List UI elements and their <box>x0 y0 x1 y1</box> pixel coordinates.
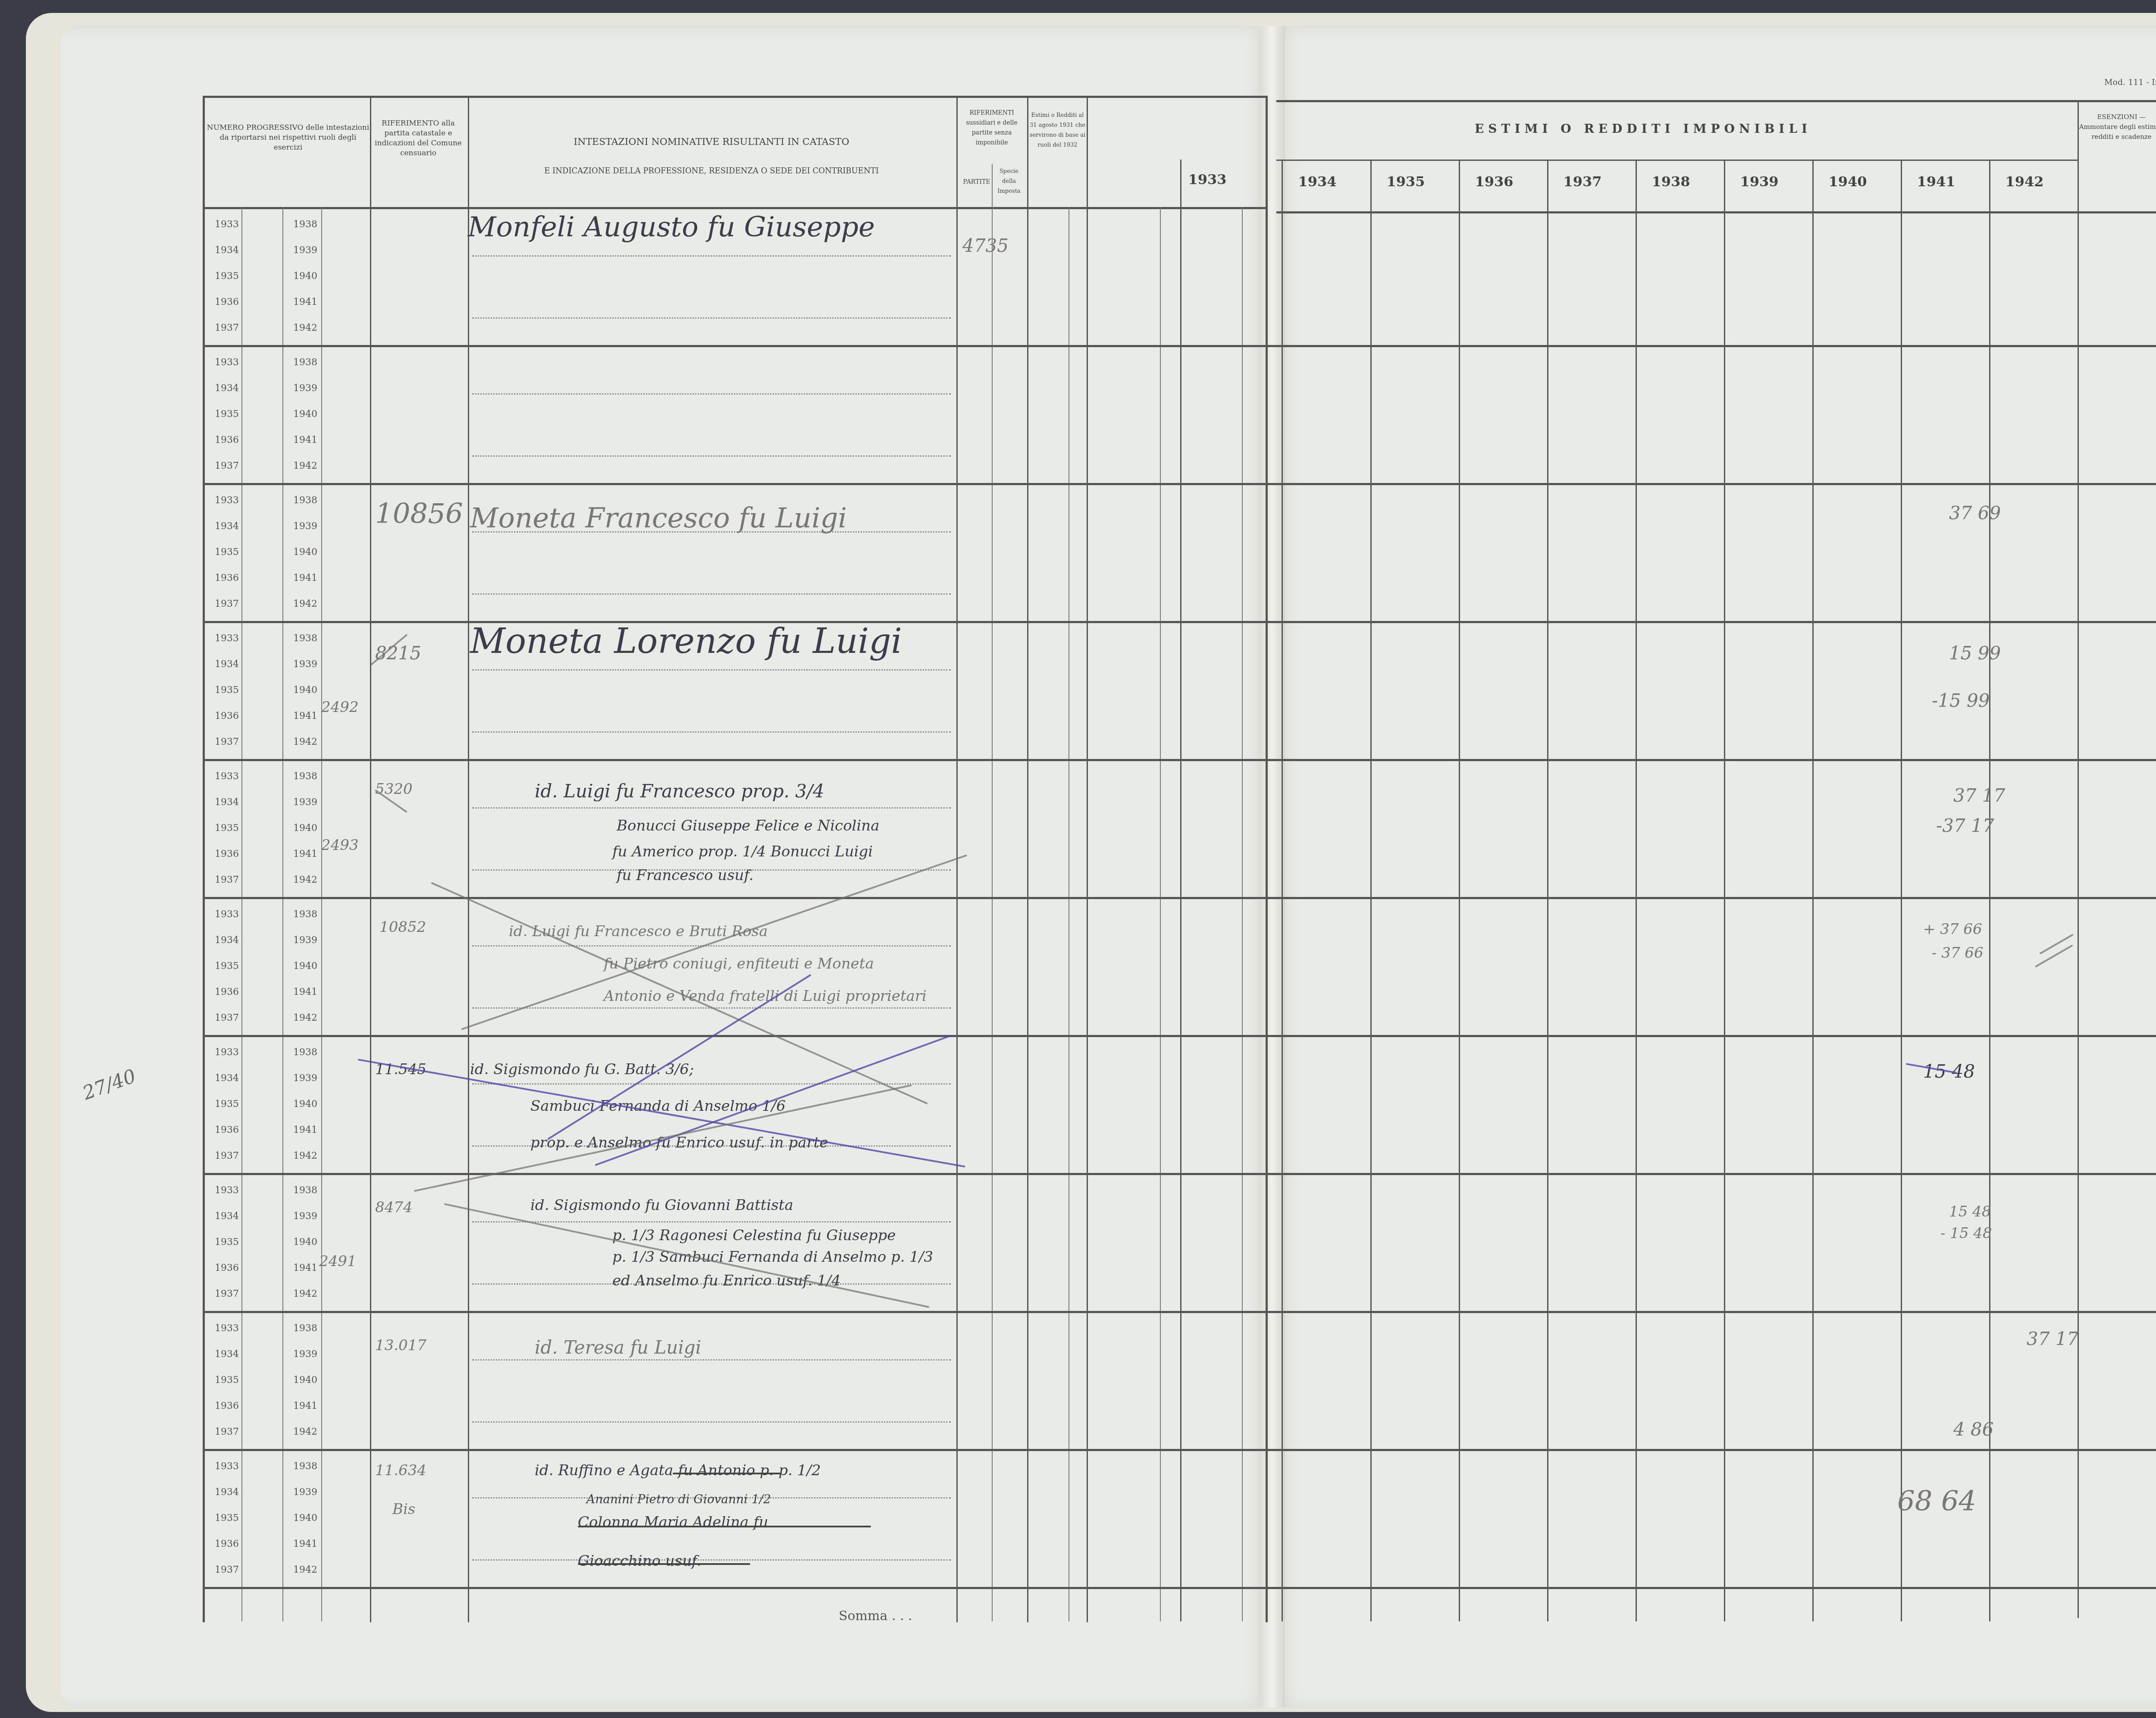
year-label-left: 1936 <box>215 297 239 307</box>
year-label-right: 1942 <box>293 1151 317 1161</box>
somma-label: Somma . . . <box>839 1608 912 1624</box>
col-divider <box>321 207 322 1621</box>
entry-name-line2: fu Pietro coniugi, enfiteuti e Moneta <box>604 955 874 972</box>
entry-name-line3: Colonna Maria Adelina fu <box>578 1514 768 1531</box>
entry-name: Monfeli Augusto fu Giuseppe <box>468 211 875 243</box>
year-label-left: 1936 <box>215 1539 239 1549</box>
year-label-left: 1933 <box>215 1461 239 1472</box>
row-rule <box>203 483 2156 485</box>
dotted-guide <box>472 1083 951 1085</box>
year-label-right: 1938 <box>293 1461 317 1472</box>
col-divider <box>468 96 469 1622</box>
year-label-right: 1941 <box>293 573 317 583</box>
year-label-left: 1933 <box>215 1323 239 1334</box>
year-label-right: 1938 <box>293 1047 317 1058</box>
row-rule <box>203 1311 2156 1313</box>
year-label-right: 1940 <box>293 685 317 696</box>
entry-name-line2: Ananini Pietro di Giovanni 1/2 <box>586 1492 771 1506</box>
col-divider <box>1282 160 1283 1621</box>
year-label-left: 1933 <box>215 219 239 230</box>
year-label-left: 1937 <box>215 1564 239 1575</box>
year-label-right: 1942 <box>293 461 317 471</box>
entry-partita: 8215 <box>375 643 421 664</box>
header-numero-progressivo: NUMERO PROGRESSIVO delle intestazioni da… <box>206 123 370 196</box>
year-label-right: 1940 <box>293 1237 317 1248</box>
entry-name-line4: fu Francesco usuf. <box>617 867 754 884</box>
year-label-left: 1935 <box>215 685 239 696</box>
col-divider <box>1547 160 1548 1621</box>
year-label-left: 1935 <box>215 1375 239 1386</box>
year-label-right: 1940 <box>293 547 317 558</box>
entry-name-line2: p. 1/3 Ragonesi Celestina fu Giuseppe <box>612 1227 896 1244</box>
year-label-right: 1938 <box>293 909 317 920</box>
year-label-right: 1942 <box>293 323 317 333</box>
year-label-right: 1939 <box>293 1487 317 1498</box>
entry-value: -15 99 <box>1932 690 1990 711</box>
header-col3-line1: INTESTAZIONI NOMINATIVE RISULTANTI IN CA… <box>474 136 949 149</box>
dotted-guide <box>472 393 951 395</box>
year-label-right: 1939 <box>293 521 317 532</box>
year-label-right: 1942 <box>293 737 317 747</box>
entry-name: Moneta Lorenzo fu Luigi <box>470 621 902 661</box>
year-label-right: 1939 <box>293 245 317 256</box>
strike-mark <box>673 1473 780 1474</box>
header-rule-left <box>203 207 1268 209</box>
row-rule <box>203 759 2156 761</box>
year-label-right: 1940 <box>293 1375 317 1386</box>
year-label-left: 1935 <box>215 271 239 282</box>
col-divider <box>1027 96 1028 1622</box>
header-year-1938: 1938 <box>1636 172 1705 191</box>
entry-name-line2: Bonucci Giuseppe Felice e Nicolina <box>617 817 880 834</box>
entry-name: id. Sigismondo fu Giovanni Battista <box>530 1197 793 1214</box>
col-divider <box>370 96 371 1622</box>
col-divider <box>1636 160 1637 1621</box>
row-rule <box>203 897 2156 899</box>
col-divider <box>1160 207 1161 1621</box>
header-col2-text: RIFERIMENTO alla partita catastale e ind… <box>375 119 462 157</box>
year-label-left: 1935 <box>215 823 239 834</box>
year-label-left: 1935 <box>215 1099 239 1110</box>
form-label: Mod. 111 - Imposte Dirette (Intercalare)… <box>2104 78 2156 87</box>
entry-partita-note: Bis <box>392 1501 415 1518</box>
year-label-right: 1940 <box>293 409 317 420</box>
row-rule <box>203 1587 2156 1589</box>
year-label-right: 1938 <box>293 633 317 644</box>
year-label-right: 1942 <box>293 1288 317 1299</box>
year-label-right: 1941 <box>293 435 317 445</box>
year-label-left: 1934 <box>215 1073 239 1084</box>
entry-side-number: 2493 <box>321 837 359 854</box>
year-label-left: 1937 <box>215 461 239 471</box>
year-label-right: 1938 <box>293 357 317 368</box>
entry-value: 4 86 <box>1953 1419 1994 1440</box>
col-divider <box>992 164 993 1621</box>
entry-value: + 37 66 <box>1923 921 1982 938</box>
header-esenzioni: ESENZIONI — Ammontare degli estimi o red… <box>2078 112 2156 142</box>
col-divider <box>1242 207 1243 1621</box>
col-divider <box>1087 96 1088 1622</box>
entry-partita: 13.017 <box>375 1337 426 1354</box>
header-col7-text: 1933 <box>1188 171 1226 188</box>
header-intestazioni: INTESTAZIONI NOMINATIVE RISULTANTI IN CA… <box>474 136 949 176</box>
header-rule-right <box>1276 211 2156 213</box>
year-label-left: 1933 <box>215 909 239 920</box>
header-year-1941: 1941 <box>1902 172 1971 191</box>
col-divider <box>282 207 283 1621</box>
year-label-right: 1939 <box>293 659 317 670</box>
header-year-1933: 1933 <box>1164 170 1250 189</box>
year-label-right: 1942 <box>293 599 317 609</box>
entry-side-number: 2491 <box>319 1253 357 1270</box>
dotted-guide <box>472 255 951 257</box>
col-divider <box>2078 100 2079 1618</box>
entry-value: 37 69 <box>1949 502 2001 524</box>
year-label-left: 1934 <box>215 1349 239 1360</box>
header-col4-text: PARTITE <box>963 179 990 185</box>
dotted-guide <box>472 669 951 671</box>
year-label-left: 1937 <box>215 1288 239 1299</box>
entry-value: -37 17 <box>1936 815 1994 836</box>
col-divider <box>241 207 242 1621</box>
entry-partite: 4735 <box>962 235 1009 256</box>
header-col5-text: Specie della Imposta <box>997 168 1020 194</box>
entry-side-number: 2492 <box>321 699 359 716</box>
year-label-left: 1934 <box>215 245 239 256</box>
header-year-1936: 1936 <box>1460 172 1529 191</box>
year-label-right: 1939 <box>293 383 317 394</box>
header-year-1934: 1934 <box>1283 172 1352 191</box>
year-label-right: 1942 <box>293 1564 317 1575</box>
form-label-text: Mod. 111 - Imposte Dirette <box>2104 78 2156 87</box>
year-label-right: 1942 <box>293 1013 317 1023</box>
dotted-guide <box>472 1559 951 1561</box>
year-label-right: 1942 <box>293 1426 317 1437</box>
row-rule <box>203 1035 2156 1037</box>
col-divider <box>1370 160 1372 1621</box>
year-label-left: 1936 <box>215 987 239 997</box>
year-label-right: 1938 <box>293 219 317 230</box>
header-col3-line2: E INDICAZIONE DELLA PROFESSIONE, RESIDEN… <box>474 166 949 176</box>
year-label-left: 1933 <box>215 495 239 506</box>
year-label-left: 1936 <box>215 573 239 583</box>
year-label-right: 1941 <box>293 297 317 307</box>
year-label-left: 1937 <box>215 1013 239 1023</box>
year-label-right: 1938 <box>293 495 317 506</box>
year-label-right: 1938 <box>293 1185 317 1196</box>
year-label-right: 1939 <box>293 1211 317 1222</box>
col-divider <box>1459 160 1460 1621</box>
year-label-left: 1934 <box>215 659 239 670</box>
row-rule <box>203 1449 2156 1451</box>
year-label-right: 1941 <box>293 849 317 859</box>
col-divider <box>1180 160 1181 1621</box>
dotted-guide <box>472 731 951 733</box>
year-label-right: 1939 <box>293 1073 317 1084</box>
col-divider <box>1812 160 1814 1621</box>
year-label-right: 1941 <box>293 1539 317 1549</box>
year-label-left: 1937 <box>215 1426 239 1437</box>
header-partite: PARTITE <box>959 177 994 187</box>
year-label-right: 1941 <box>293 1125 317 1135</box>
col-divider <box>1989 160 1990 1621</box>
entry-value: 37 17 <box>2027 1328 2078 1349</box>
estimi-subrule <box>1276 160 2078 161</box>
header-col6-text: Estimi o Redditi al 31 agosto 1931 che s… <box>1030 112 1086 148</box>
header-year-1935: 1935 <box>1371 172 1440 191</box>
header-riferimento: RIFERIMENTO alla partita catastale e ind… <box>371 119 466 205</box>
entry-name: id. Teresa fu Luigi <box>535 1337 701 1358</box>
entry-value: 15 99 <box>1949 643 2001 664</box>
year-label-left: 1933 <box>215 1185 239 1196</box>
entry-value: 37 17 <box>1953 785 2005 806</box>
strike-mark <box>578 1526 871 1527</box>
dotted-guide <box>472 1221 951 1223</box>
entry-name: id. Ruffino e Agata fu Antonio p. p. 1/2 <box>535 1462 821 1479</box>
header-year-1942: 1942 <box>1990 172 2059 191</box>
year-label-right: 1940 <box>293 823 317 834</box>
year-label-right: 1939 <box>293 935 317 946</box>
year-label-left: 1933 <box>215 1047 239 1058</box>
year-label-left: 1934 <box>215 1487 239 1498</box>
year-label-left: 1937 <box>215 737 239 747</box>
year-label-left: 1933 <box>215 771 239 782</box>
year-label-left: 1935 <box>215 961 239 972</box>
year-label-left: 1934 <box>215 521 239 532</box>
header-riferimenti: RIFERIMENTI sussidiari e delle partite s… <box>957 108 1026 147</box>
row-rule <box>203 345 2156 347</box>
year-label-left: 1937 <box>215 323 239 333</box>
entry-name: id. Luigi fu Francesco prop. 3/4 <box>535 781 824 802</box>
year-label-left: 1936 <box>215 1401 239 1411</box>
header-riferimenti-text: RIFERIMENTI sussidiari e delle partite s… <box>966 110 1018 146</box>
year-label-right: 1938 <box>293 771 317 782</box>
year-label-right: 1940 <box>293 1099 317 1110</box>
year-label-right: 1940 <box>293 961 317 972</box>
dotted-guide <box>472 455 951 457</box>
dotted-guide <box>472 945 951 947</box>
strike-mark <box>578 1563 750 1565</box>
header-estimi-redditi: ESTIMI O REDDITI IMPONIBILI <box>1475 122 1811 136</box>
year-label-right: 1941 <box>293 711 317 721</box>
year-label-left: 1936 <box>215 1263 239 1273</box>
year-label-left: 1935 <box>215 547 239 558</box>
col-divider <box>1069 207 1069 1621</box>
year-label-right: 1938 <box>293 1323 317 1334</box>
entry-name-line3: fu Americo prop. 1/4 Bonucci Luigi <box>612 843 873 860</box>
year-label-left: 1934 <box>215 1211 239 1222</box>
entry-partita: 8474 <box>375 1199 413 1216</box>
entry-partita: 10852 <box>379 919 426 936</box>
entry-name-line3: prop. e Anselmo fu Enrico usuf. in parte <box>530 1134 828 1151</box>
year-label-left: 1937 <box>215 1151 239 1161</box>
header-year-1939: 1939 <box>1725 172 1794 191</box>
col-divider <box>1724 160 1725 1621</box>
header-year-1937: 1937 <box>1548 172 1617 191</box>
dotted-guide <box>472 1359 951 1361</box>
header-specie: Specie della Imposta <box>992 166 1026 196</box>
year-label-left: 1934 <box>215 383 239 394</box>
year-label-left: 1935 <box>215 409 239 420</box>
year-label-left: 1936 <box>215 1125 239 1135</box>
year-label-left: 1935 <box>215 1237 239 1248</box>
entry-partita: 10856 <box>375 498 463 530</box>
header-col1-text: NUMERO PROGRESSIVO delle intestazioni da… <box>207 123 369 152</box>
year-label-left: 1933 <box>215 633 239 644</box>
year-label-left: 1935 <box>215 1513 239 1524</box>
year-label-right: 1941 <box>293 987 317 997</box>
year-label-left: 1936 <box>215 435 239 445</box>
entry-name-line4: Gioacchino usuf. <box>578 1552 701 1570</box>
year-label-right: 1939 <box>293 797 317 808</box>
year-label-left: 1936 <box>215 849 239 859</box>
dotted-guide <box>472 317 951 319</box>
entry-value: - 15 48 <box>1940 1225 1992 1242</box>
year-label-right: 1942 <box>293 875 317 885</box>
entry-partita: 11.634 <box>375 1462 426 1479</box>
year-label-left: 1937 <box>215 875 239 885</box>
dotted-guide <box>472 593 951 595</box>
entry-value: 15 48 <box>1949 1203 1991 1220</box>
year-label-right: 1940 <box>293 1513 317 1524</box>
year-label-right: 1939 <box>293 1349 317 1360</box>
year-label-left: 1934 <box>215 935 239 946</box>
header-estimi-1931: Estimi o Redditi al 31 agosto 1931 che s… <box>1028 110 1087 150</box>
year-label-left: 1934 <box>215 797 239 808</box>
year-label-left: 1937 <box>215 599 239 609</box>
year-label-right: 1941 <box>293 1401 317 1411</box>
right-table-frame <box>1276 100 2156 1618</box>
year-label-left: 1936 <box>215 711 239 721</box>
header-esenzioni-text: ESENZIONI — Ammontare degli estimi o red… <box>2079 113 2156 141</box>
col-divider <box>1901 160 1902 1621</box>
entry-name: Moneta Francesco fu Luigi <box>470 502 847 534</box>
entry-name-line3: p. 1/3 Sambuci Fernanda di Anselmo p. 1/… <box>612 1248 933 1266</box>
entry-value: - 37 66 <box>1932 944 1984 962</box>
year-label-right: 1941 <box>293 1263 317 1273</box>
year-label-right: 1940 <box>293 271 317 282</box>
somma-value: 68 64 <box>1897 1486 1976 1517</box>
dotted-guide <box>472 1421 951 1423</box>
year-label-left: 1933 <box>215 357 239 368</box>
header-year-1940: 1940 <box>1813 172 1882 191</box>
dotted-guide <box>472 807 951 809</box>
